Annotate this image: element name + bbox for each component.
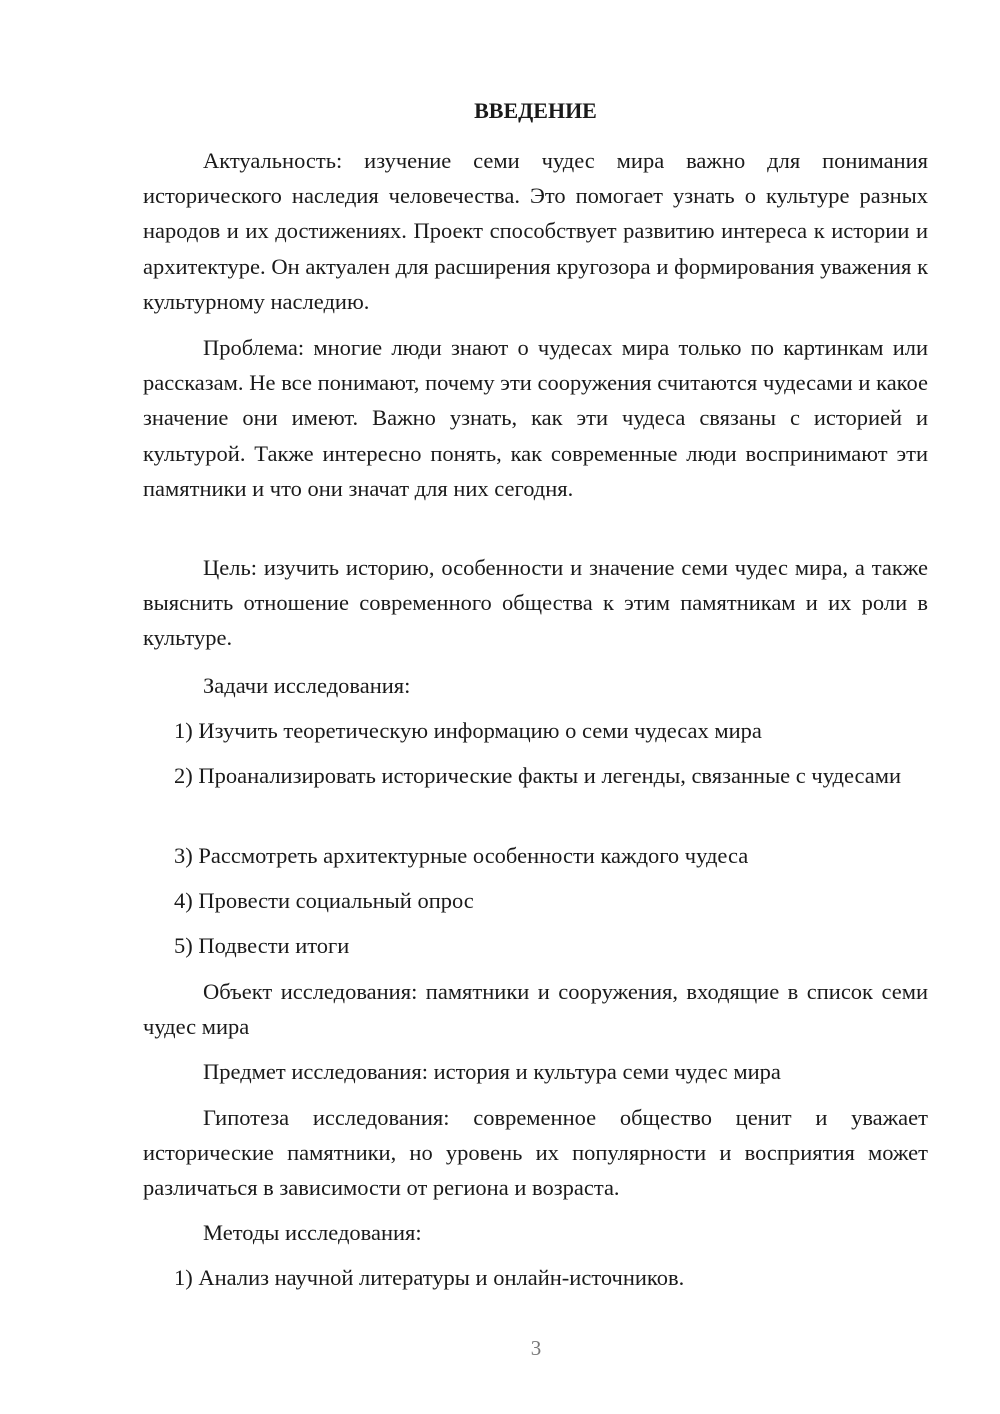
- problem-paragraph: Проблема: многие люди знают о чудесах ми…: [143, 330, 928, 506]
- task-item: 2) Проанализировать исторические факты и…: [143, 758, 928, 793]
- task-item: 4) Провести социальный опрос: [143, 883, 928, 918]
- task-item: 5) Подвести итоги: [143, 928, 928, 963]
- task-item: 1) Изучить теоретическую информацию о се…: [143, 713, 928, 748]
- task-item: 3) Рассмотреть архитектурные особенности…: [143, 838, 928, 873]
- tasks-heading: Задачи исследования:: [143, 668, 928, 703]
- goal-paragraph: Цель: изучить историю, особенности и зна…: [143, 550, 928, 656]
- relevance-paragraph: Актуальность: изучение семи чудес мира в…: [143, 143, 928, 319]
- object-paragraph: Объект исследования: памятники и сооруже…: [143, 974, 928, 1044]
- methods-heading: Методы исследования:: [143, 1215, 928, 1250]
- section-title: ВВЕДЕНИЕ: [143, 97, 928, 125]
- method-item: 1) Анализ научной литературы и онлайн-ис…: [143, 1260, 928, 1295]
- hypothesis-paragraph: Гипотеза исследования: современное общес…: [143, 1100, 928, 1206]
- subject-paragraph: Предмет исследования: история и культура…: [143, 1054, 928, 1089]
- page-number: 3: [0, 1336, 1000, 1361]
